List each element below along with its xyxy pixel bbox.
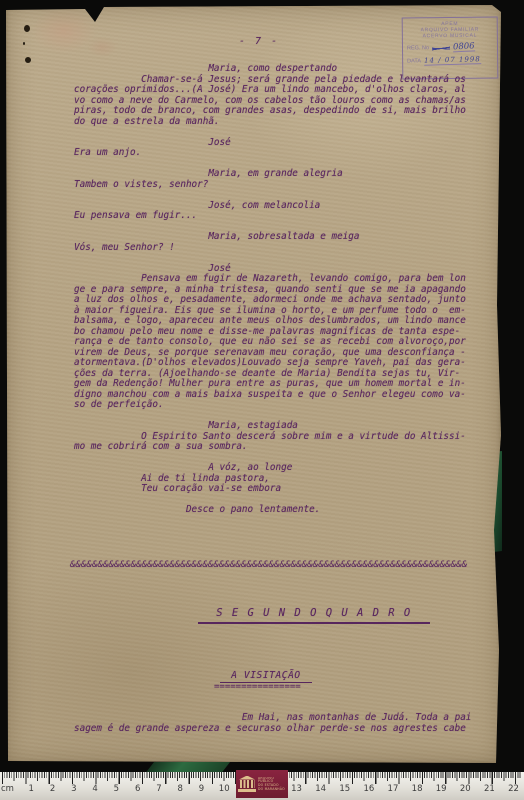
- ruler-number: 3: [70, 784, 78, 794]
- ruler-number: 1: [27, 784, 35, 794]
- ink-speck: [23, 42, 25, 45]
- ruler-number: 4: [91, 784, 99, 794]
- stamp-reg-row: REG. No 0806: [407, 43, 493, 53]
- crossed-out-number: [432, 46, 450, 51]
- stamp-reg-label: REG. No: [407, 45, 429, 52]
- ruler-number: 8: [176, 784, 184, 794]
- page-number: - 7 -: [239, 36, 279, 47]
- ruler-number: 5: [112, 784, 120, 794]
- ruler-number: 21: [484, 784, 495, 794]
- stamp-reg-value: 0806: [453, 42, 475, 52]
- ruler-number: 9: [198, 784, 206, 794]
- scanned-document-view: - 7 - APEM ARQUIVO FAMILIAR ACERVO MUSIC…: [0, 0, 524, 800]
- archive-logo-text-line: DO MARANHÃO: [258, 788, 286, 792]
- punch-hole: [25, 57, 31, 63]
- subheading-underline: ================: [214, 682, 301, 692]
- scene-description-text: Em Hai, nas montanhas de Judá. Toda a pa…: [74, 712, 471, 734]
- stamp-collection: ACERVO MUSICAL: [407, 33, 493, 40]
- ruler-number: 17: [388, 784, 399, 794]
- ruler-number: 22: [508, 784, 519, 794]
- typed-ornament-divider: &&&&&&&&&&&&&&&&&&&&&&&&&&&&&&&&&&&&&&&&…: [70, 560, 467, 570]
- ruler-number: cm: [1, 784, 14, 794]
- ruler-number: 2: [49, 784, 57, 794]
- ruler-number: 19: [436, 784, 447, 794]
- building-icon: [238, 776, 256, 793]
- ruler-number: 7: [155, 784, 163, 794]
- scene-heading: S E G U N D O Q U A D R O: [198, 607, 430, 624]
- ruler-number: 15: [339, 784, 350, 794]
- ruler-number: 16: [363, 784, 374, 794]
- ruler-number: 20: [460, 784, 471, 794]
- typewritten-script-text: Maria, como despertando Chamar-se-á Jesu…: [74, 64, 466, 516]
- ruler-number: 6: [134, 784, 142, 794]
- ruler-number: 14: [315, 784, 326, 794]
- ruler-number: 13: [291, 784, 302, 794]
- ruler-number: 18: [412, 784, 423, 794]
- punch-hole: [24, 25, 30, 32]
- document-page: - 7 - APEM ARQUIVO FAMILIAR ACERVO MUSIC…: [6, 5, 501, 763]
- archive-logo: ARQUIVOPÚBLICODO ESTADODO MARANHÃO: [236, 770, 288, 798]
- ruler-number: 10: [219, 784, 230, 794]
- archive-logo-text: ARQUIVOPÚBLICODO ESTADODO MARANHÃO: [258, 777, 286, 791]
